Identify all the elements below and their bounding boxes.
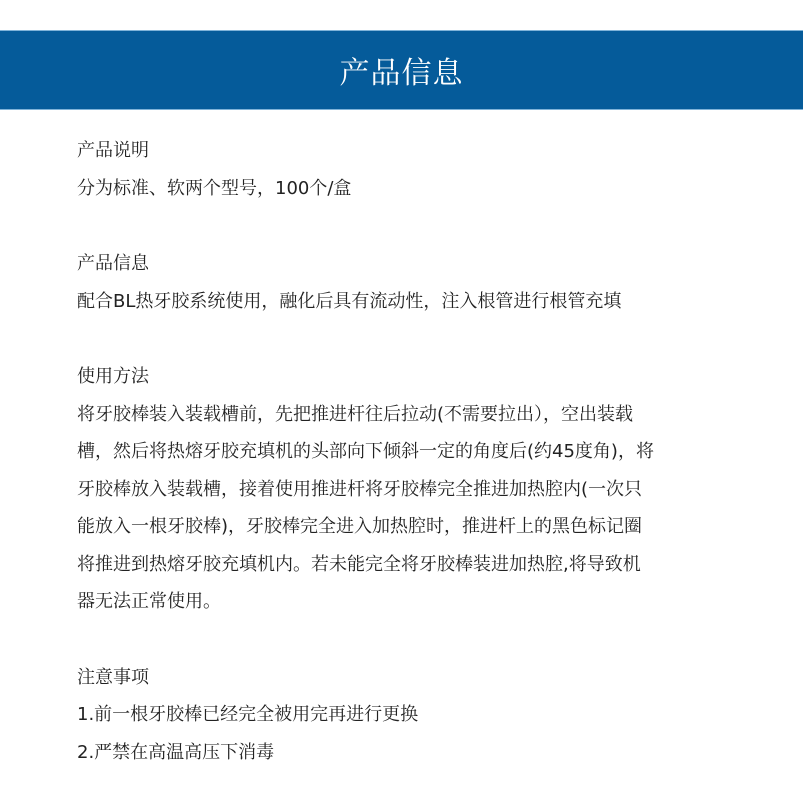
section-text: 配合BL热牙胶系统使用，融化后具有流动性，注入根管进行根管充填 bbox=[77, 283, 727, 321]
section-text: 将牙胶棒装入装载槽前，先把推进杆往后拉动(不需要拉出），空出装载 bbox=[77, 396, 727, 434]
section-heading: 产品信息 bbox=[77, 245, 727, 283]
section-notes: 注意事项 1.前一根牙胶棒已经完全被用完再进行更换 2.严禁在高温高压下消毒 bbox=[77, 659, 727, 772]
note-item: 1.前一根牙胶棒已经完全被用完再进行更换 bbox=[77, 696, 727, 734]
section-text: 槽，然后将热熔牙胶充填机的头部向下倾斜一定的角度后(约45度角)，将 bbox=[77, 433, 727, 471]
product-content: 产品说明 分为标准、软两个型号，100个/盒 产品信息 配合BL热牙胶系统使用，… bbox=[77, 132, 727, 771]
section-text: 分为标准、软两个型号，100个/盒 bbox=[77, 170, 727, 208]
section-info: 产品信息 配合BL热牙胶系统使用，融化后具有流动性，注入根管进行根管充填 bbox=[77, 245, 727, 320]
section-text: 将推进到热熔牙胶充填机内。若未能完全将牙胶棒装进加热腔,将导致机 bbox=[77, 546, 727, 584]
section-description: 产品说明 分为标准、软两个型号，100个/盒 bbox=[77, 132, 727, 207]
section-text: 能放入一根牙胶棒)，牙胶棒完全进入加热腔时，推进杆上的黑色标记圈 bbox=[77, 508, 727, 546]
section-text: 牙胶棒放入装载槽，接着使用推进杆将牙胶棒完全推进加热腔内(一次只 bbox=[77, 471, 727, 509]
section-heading: 使用方法 bbox=[77, 358, 727, 396]
page-title: 产品信息 bbox=[340, 48, 464, 92]
section-heading: 产品说明 bbox=[77, 132, 727, 170]
section-usage: 使用方法 将牙胶棒装入装载槽前，先把推进杆往后拉动(不需要拉出），空出装载 槽，… bbox=[77, 358, 727, 621]
header-banner: 产品信息 bbox=[0, 30, 803, 110]
section-text: 器无法正常使用。 bbox=[77, 583, 727, 621]
section-heading: 注意事项 bbox=[77, 659, 727, 697]
note-item: 2.严禁在高温高压下消毒 bbox=[77, 734, 727, 772]
